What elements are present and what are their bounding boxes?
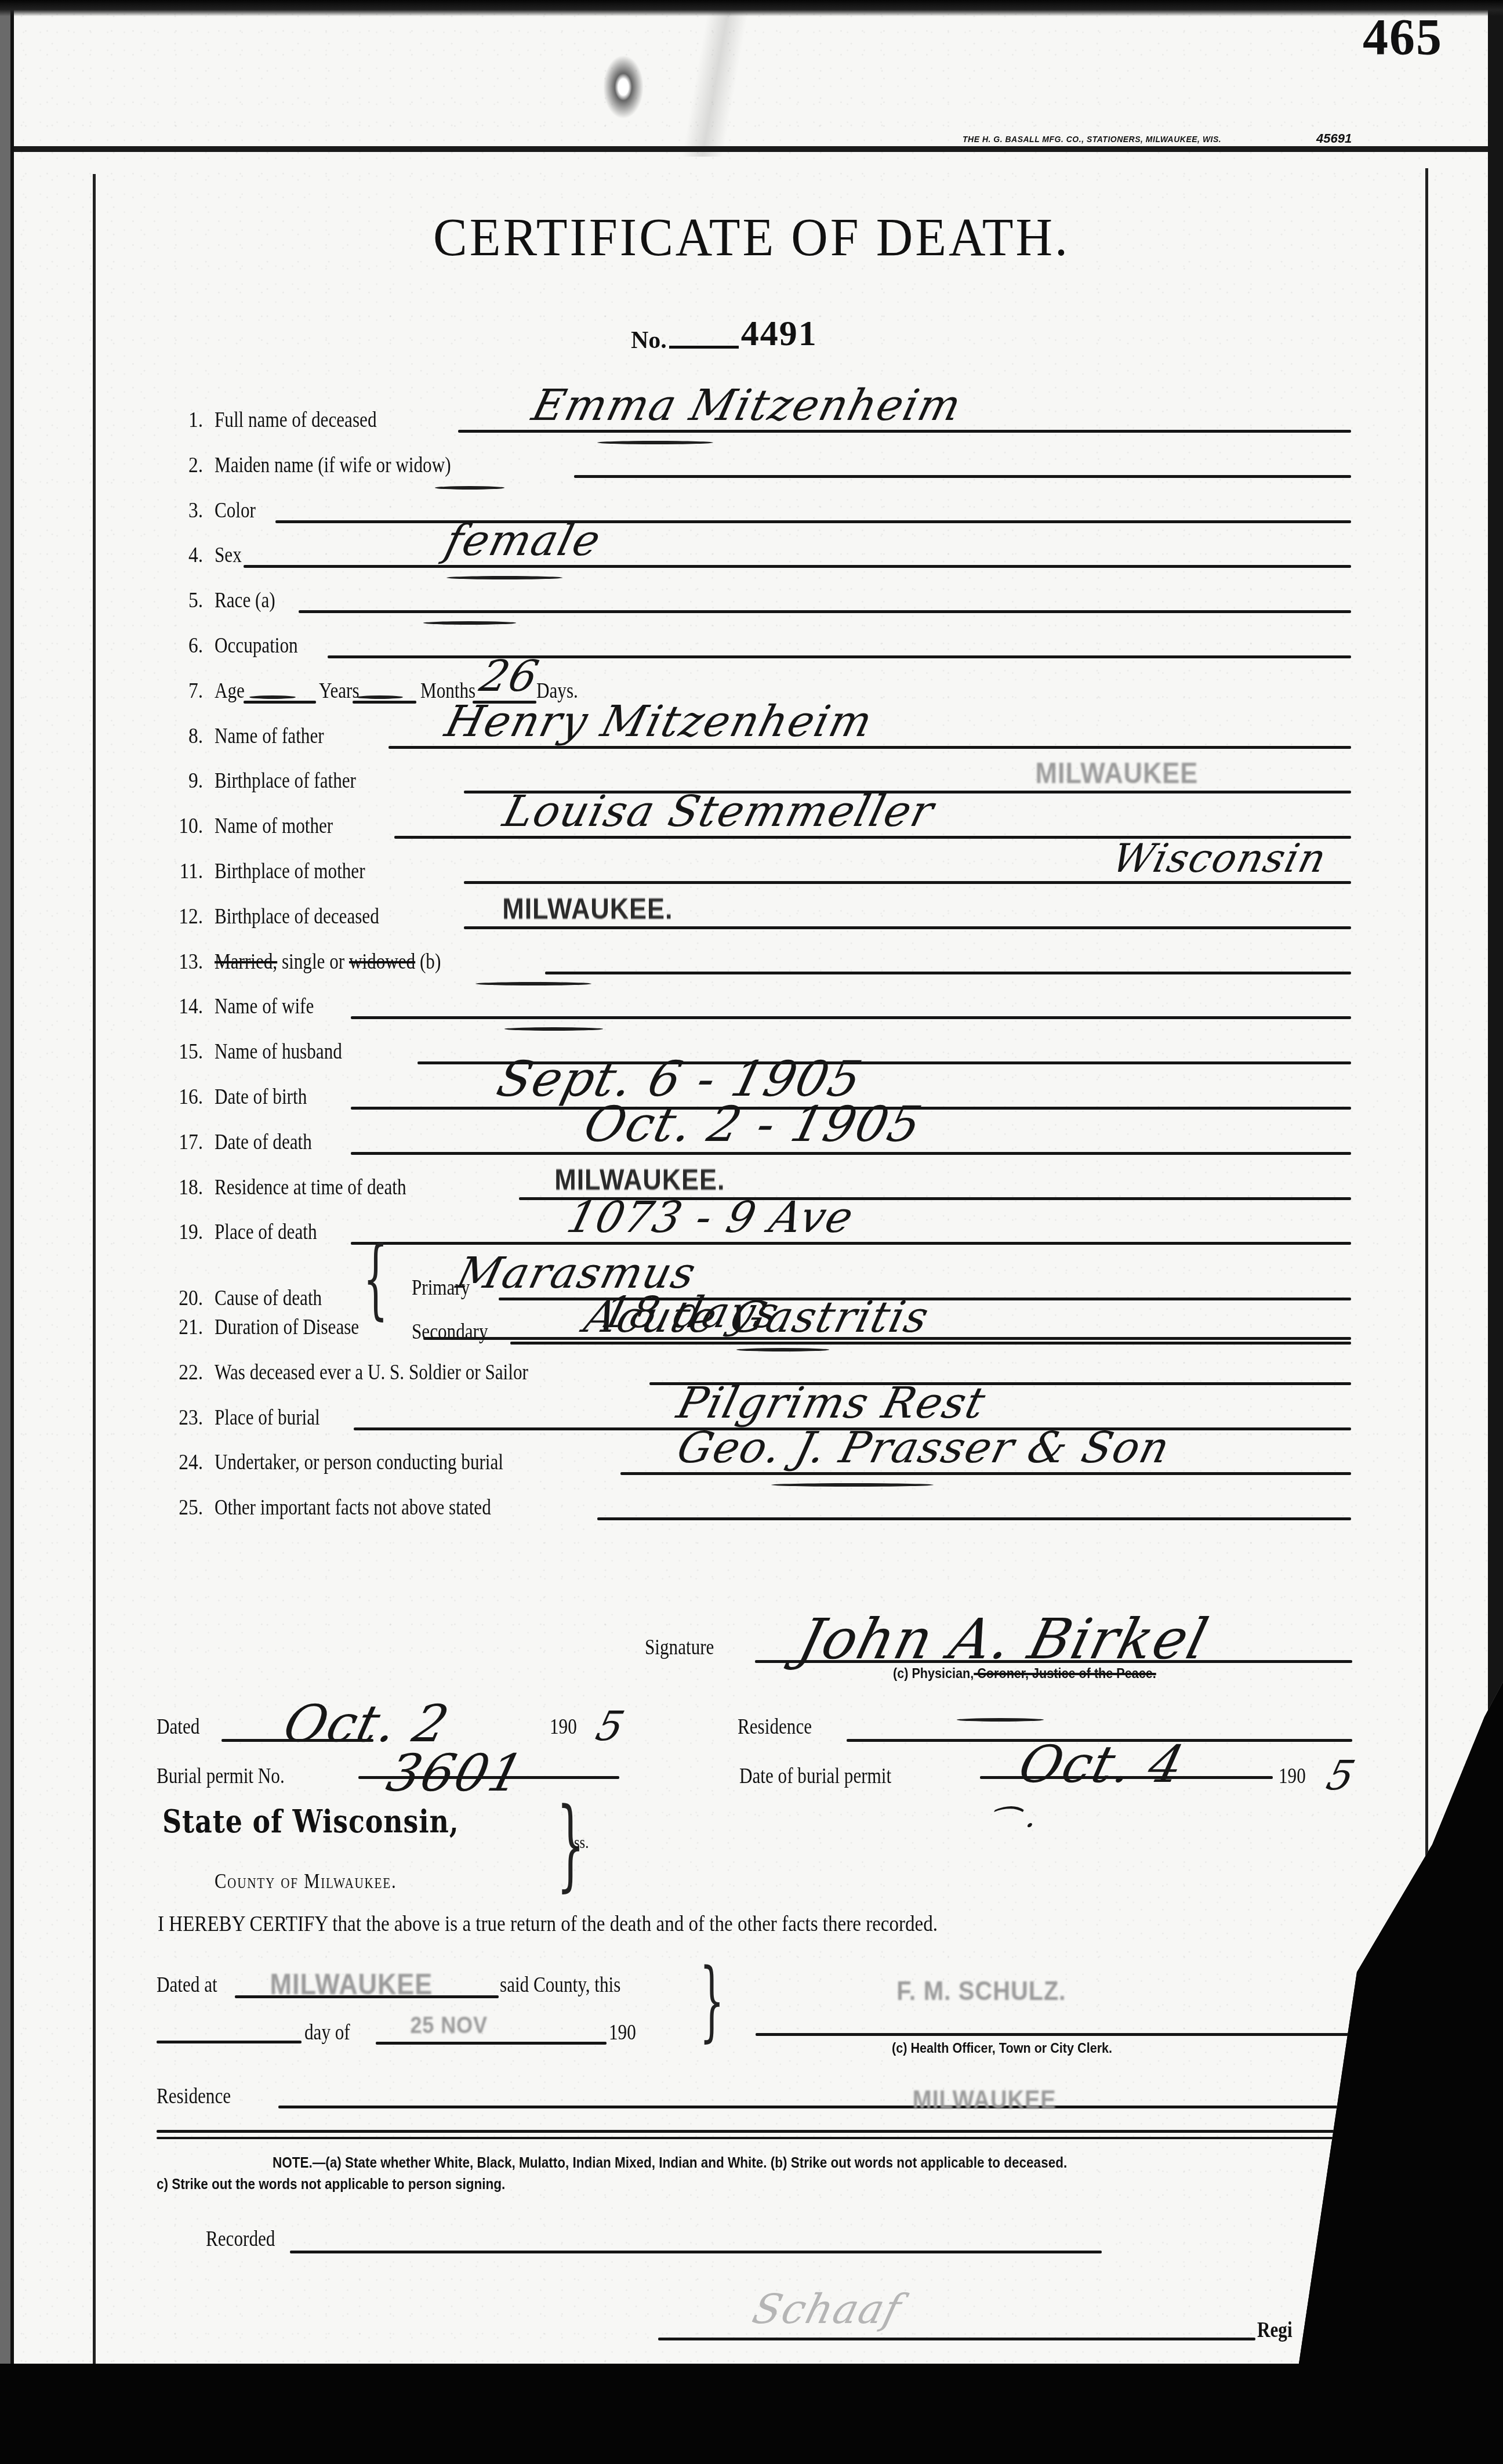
field-value-dash <box>423 621 516 625</box>
scanner-background-bottom <box>0 2364 1503 2464</box>
field-label: Birthplace of deceased <box>215 904 379 929</box>
field-value-stamp: MILWAUKEE <box>1036 756 1199 790</box>
field-number: 7. <box>162 678 203 704</box>
field-value: 18 days <box>597 1288 785 1338</box>
dated-at-stamp: MILWAUKEE <box>270 1967 433 2001</box>
field-number: 5. <box>162 588 203 613</box>
field-value-dash <box>597 441 713 444</box>
field-number: 8. <box>162 723 203 749</box>
registrar-line <box>658 2338 1255 2340</box>
county-heading: County of Milwaukee. <box>215 1869 397 1893</box>
field-row-4: 4.Sexfemale <box>157 535 1351 572</box>
field-number: 2. <box>162 452 203 478</box>
left-margin-rule <box>93 174 96 2364</box>
field-line <box>464 926 1351 929</box>
document-title: CERTIFICATE OF DEATH. <box>0 207 1503 269</box>
field-row-21: 21.Duration of Disease18 days <box>157 1307 1351 1345</box>
day-line <box>157 2041 302 2043</box>
field-number: 23. <box>162 1405 203 1430</box>
said-county-label: said County, this <box>500 1972 620 1998</box>
burial-permit-date-label: Date of burial permit <box>739 1763 891 1789</box>
field-number: 4. <box>162 542 203 568</box>
field-line <box>545 972 1351 974</box>
field-number: 3. <box>162 498 203 523</box>
field-number: 12. <box>162 904 203 929</box>
day-of-stamp: 25 NOV <box>410 2013 487 2039</box>
recorded-line <box>290 2251 1102 2253</box>
clerk-stamp: F. M. SCHULZ. <box>896 1975 1066 2006</box>
field-number: 14. <box>162 994 203 1019</box>
field-label: Date of death <box>215 1129 312 1155</box>
marital-status-option: single or <box>277 950 349 974</box>
clerk-residence-stamp: MILWAUKEE <box>913 2086 1057 2115</box>
printer-form-code: 45691 <box>1316 131 1352 146</box>
marital-status-option: widowed <box>349 950 415 974</box>
field-value: Geo. J. Prasser & Son <box>672 1423 1175 1473</box>
field-number: 25. <box>162 1495 203 1520</box>
field-line <box>275 520 1351 523</box>
field-line <box>423 1337 1351 1340</box>
field-number: 15. <box>162 1039 203 1064</box>
field-line <box>351 1016 1351 1019</box>
burial-permit-year-suffix: 5 <box>1322 1752 1361 1799</box>
years-label: Years <box>319 678 360 704</box>
note-line-2: c) Strike out the words not applicable t… <box>157 2176 505 2193</box>
residence-label: Residence <box>738 1714 812 1740</box>
burial-permit-date: Oct. 4 <box>1013 1734 1190 1794</box>
residence-dash <box>957 1718 1044 1722</box>
field-row-8: 8.Name of fatherHenry Mitzenheim <box>157 716 1351 753</box>
clerk-residence-line <box>278 2106 1353 2108</box>
field-row-6: 6.Occupation <box>157 626 1351 663</box>
field-number: 6. <box>162 633 203 658</box>
field-row-11: 11.Birthplace of motherWisconsin <box>157 851 1351 889</box>
field-line <box>299 610 1351 613</box>
field-number: 13. <box>162 949 203 974</box>
field-number: 11. <box>162 858 203 884</box>
certificate-paper: 465 THE H. G. BASALL MFG. CO., STATIONER… <box>0 0 1503 2464</box>
field-row-3: 3.Color <box>157 491 1351 528</box>
day-of-label: day of <box>304 2020 350 2045</box>
field-label: Duration of Disease <box>215 1314 359 1340</box>
month-line <box>376 2042 607 2045</box>
field-label: Place of burial <box>215 1405 320 1430</box>
field-row-1: 1.Full name of deceasedEmma Mitzenheim <box>157 400 1351 437</box>
field-label: Residence at time of death <box>215 1175 406 1200</box>
left-page-edge <box>0 0 10 2364</box>
recorded-label: Recorded <box>206 2226 275 2252</box>
burial-permit-number: 3601 <box>381 1743 531 1803</box>
field-line <box>328 655 1351 658</box>
field-line <box>351 1242 1351 1245</box>
printer-imprint: THE H. G. BASALL MFG. CO., STATIONERS, M… <box>963 134 1221 144</box>
field-label: Date of birth <box>215 1084 307 1110</box>
field-label: Other important facts not above stated <box>215 1495 491 1520</box>
dated-at-label: Dated at <box>157 1972 217 1998</box>
field-value-dash <box>435 486 504 490</box>
state-heading: State of Wisconsin, <box>162 1803 459 1840</box>
field-label: Maiden name (if wife or widow) <box>215 452 451 478</box>
field-value: Wisconsin <box>1108 836 1331 882</box>
field-label: Married, single or widowed (b) <box>215 949 441 974</box>
field-number: 18. <box>162 1175 203 1200</box>
signature-label: Signature <box>645 1635 714 1660</box>
field-number: 22. <box>162 1360 203 1385</box>
field-row-2: 2.Maiden name (if wife or widow) <box>157 445 1351 483</box>
field-number: 21. <box>162 1314 203 1340</box>
field-row-14: 14.Name of wife <box>157 987 1351 1024</box>
field-value: Pilgrims Rest <box>672 1378 991 1428</box>
field-label: Name of wife <box>215 994 314 1019</box>
illegible-mark: ⁀ · <box>981 1807 1041 1845</box>
field-value: Emma Mitzenheim <box>527 381 967 430</box>
left-edge-line <box>10 0 14 2364</box>
age-years-value <box>249 695 296 699</box>
age-months-value <box>357 695 403 699</box>
field-value-dash <box>771 1483 934 1487</box>
field-label: Color <box>215 498 256 523</box>
field-label: Sex <box>215 542 242 568</box>
clerk-caption: (c) Health Officer, Town or City Clerk. <box>892 2041 1112 2057</box>
field-line <box>244 565 1351 568</box>
field-label: Was deceased ever a U. S. Soldier or Sai… <box>215 1360 528 1385</box>
ss-label: ss. <box>574 1833 589 1853</box>
certificate-number-value: 4491 <box>741 313 818 354</box>
field-row-13: 13.Married, single or widowed (b) <box>157 942 1351 979</box>
clerk-residence-label: Residence <box>157 2083 231 2109</box>
field-value-stamp: MILWAUKEE. <box>554 1163 725 1197</box>
field-number: 9. <box>162 768 203 793</box>
certificate-number: No. 4491 <box>631 313 818 354</box>
field-label: Birthplace of father <box>215 768 356 793</box>
certificate-number-rule <box>669 346 739 349</box>
age-months-line <box>353 701 416 704</box>
right-margin-rule <box>1425 168 1428 1879</box>
field-line <box>597 1517 1351 1520</box>
field-number: 16. <box>162 1084 203 1110</box>
registrar-faint-signature: Schaaf <box>748 2285 907 2333</box>
field-row-19: 19.Place of death1073 - 9 Ave <box>157 1212 1351 1249</box>
field-label: Place of death <box>215 1219 317 1245</box>
dated-label: Dated <box>157 1714 199 1740</box>
age-days-value: 26 <box>475 651 544 701</box>
field-label: Birthplace of mother <box>215 858 365 884</box>
field-label: Name of husband <box>215 1039 342 1064</box>
field-row-17: 17.Date of deathOct. 2 - 1905 <box>157 1122 1351 1159</box>
field-value-dash <box>504 1027 603 1031</box>
certificate-number-label: No. <box>631 327 667 354</box>
clerk-signature-line <box>756 2033 1353 2036</box>
field-number: 24. <box>162 1450 203 1475</box>
field-value: Louisa Stemmeller <box>498 787 939 836</box>
physician-signature: John A. Birkel <box>792 1607 1215 1672</box>
field-number: 1. <box>162 407 203 433</box>
certification-statement: I HEREBY CERTIFY that the above is a tru… <box>158 1911 938 1937</box>
field-row-5: 5.Race (a) <box>157 581 1351 618</box>
binder-hole <box>603 55 644 119</box>
scanner-background-top <box>0 0 1503 16</box>
field-label: Name of father <box>215 723 324 749</box>
field-value: Henry Mitzenheim <box>440 697 878 747</box>
ledger-page-number: 465 <box>1363 8 1443 67</box>
day-of-year-prefix: 190 <box>609 2020 636 2045</box>
field-value-dash <box>475 982 591 985</box>
field-value: 1073 - 9 Ave <box>562 1193 859 1242</box>
field-row-25: 25.Other important facts not above state… <box>157 1488 1351 1525</box>
field-value: Oct. 2 - 1905 <box>579 1096 928 1153</box>
field-value-stamp: MILWAUKEE. <box>502 892 673 926</box>
field-line <box>620 1472 1351 1475</box>
marital-status-option: Married, <box>215 950 277 974</box>
note-line-1: NOTE.—(a) State whether White, Black, Mu… <box>273 2155 1067 2172</box>
marital-status-option: (b) <box>415 950 441 974</box>
field-label: Race (a) <box>215 588 275 613</box>
registrar-label: Regi <box>1257 2317 1293 2343</box>
field-number: 17. <box>162 1129 203 1155</box>
age-label: Age <box>215 678 245 704</box>
field-row-24: 24.Undertaker, or person conducting buri… <box>157 1443 1351 1480</box>
divider-rule-2 <box>157 2137 1353 2139</box>
field-number: 19. <box>162 1219 203 1245</box>
burial-permit-year-prefix: 190 <box>1279 1763 1306 1789</box>
field-value-dash <box>446 576 562 579</box>
dated-year-suffix: 5 <box>591 1702 630 1750</box>
role-struck: Coroner, Justice of the Peace. <box>974 1666 1156 1682</box>
role-physician: (c) Physician, <box>893 1666 974 1682</box>
dated-brace: } <box>699 1958 724 2045</box>
paper-crease <box>678 0 754 157</box>
field-value: female <box>440 516 606 566</box>
top-border-rule <box>0 146 1503 152</box>
signer-role-caption: (c) Physician, Coroner, Justice of the P… <box>893 1666 1156 1682</box>
burial-permit-label: Burial permit No. <box>157 1763 285 1789</box>
dated-year-prefix: 190 <box>550 1714 577 1740</box>
field-row-12: 12.Birthplace of deceasedMILWAUKEE. <box>157 897 1351 934</box>
field-label: Undertaker, or person conducting burial <box>215 1450 503 1475</box>
field-label: Name of mother <box>215 813 333 839</box>
field-value-dash <box>736 1348 829 1351</box>
field-label: Occupation <box>215 633 298 658</box>
divider-rule-1 <box>157 2130 1353 2133</box>
field-line <box>574 475 1351 478</box>
field-label: Full name of deceased <box>215 407 376 433</box>
age-years-line <box>244 701 316 704</box>
field-number: 10. <box>162 813 203 839</box>
